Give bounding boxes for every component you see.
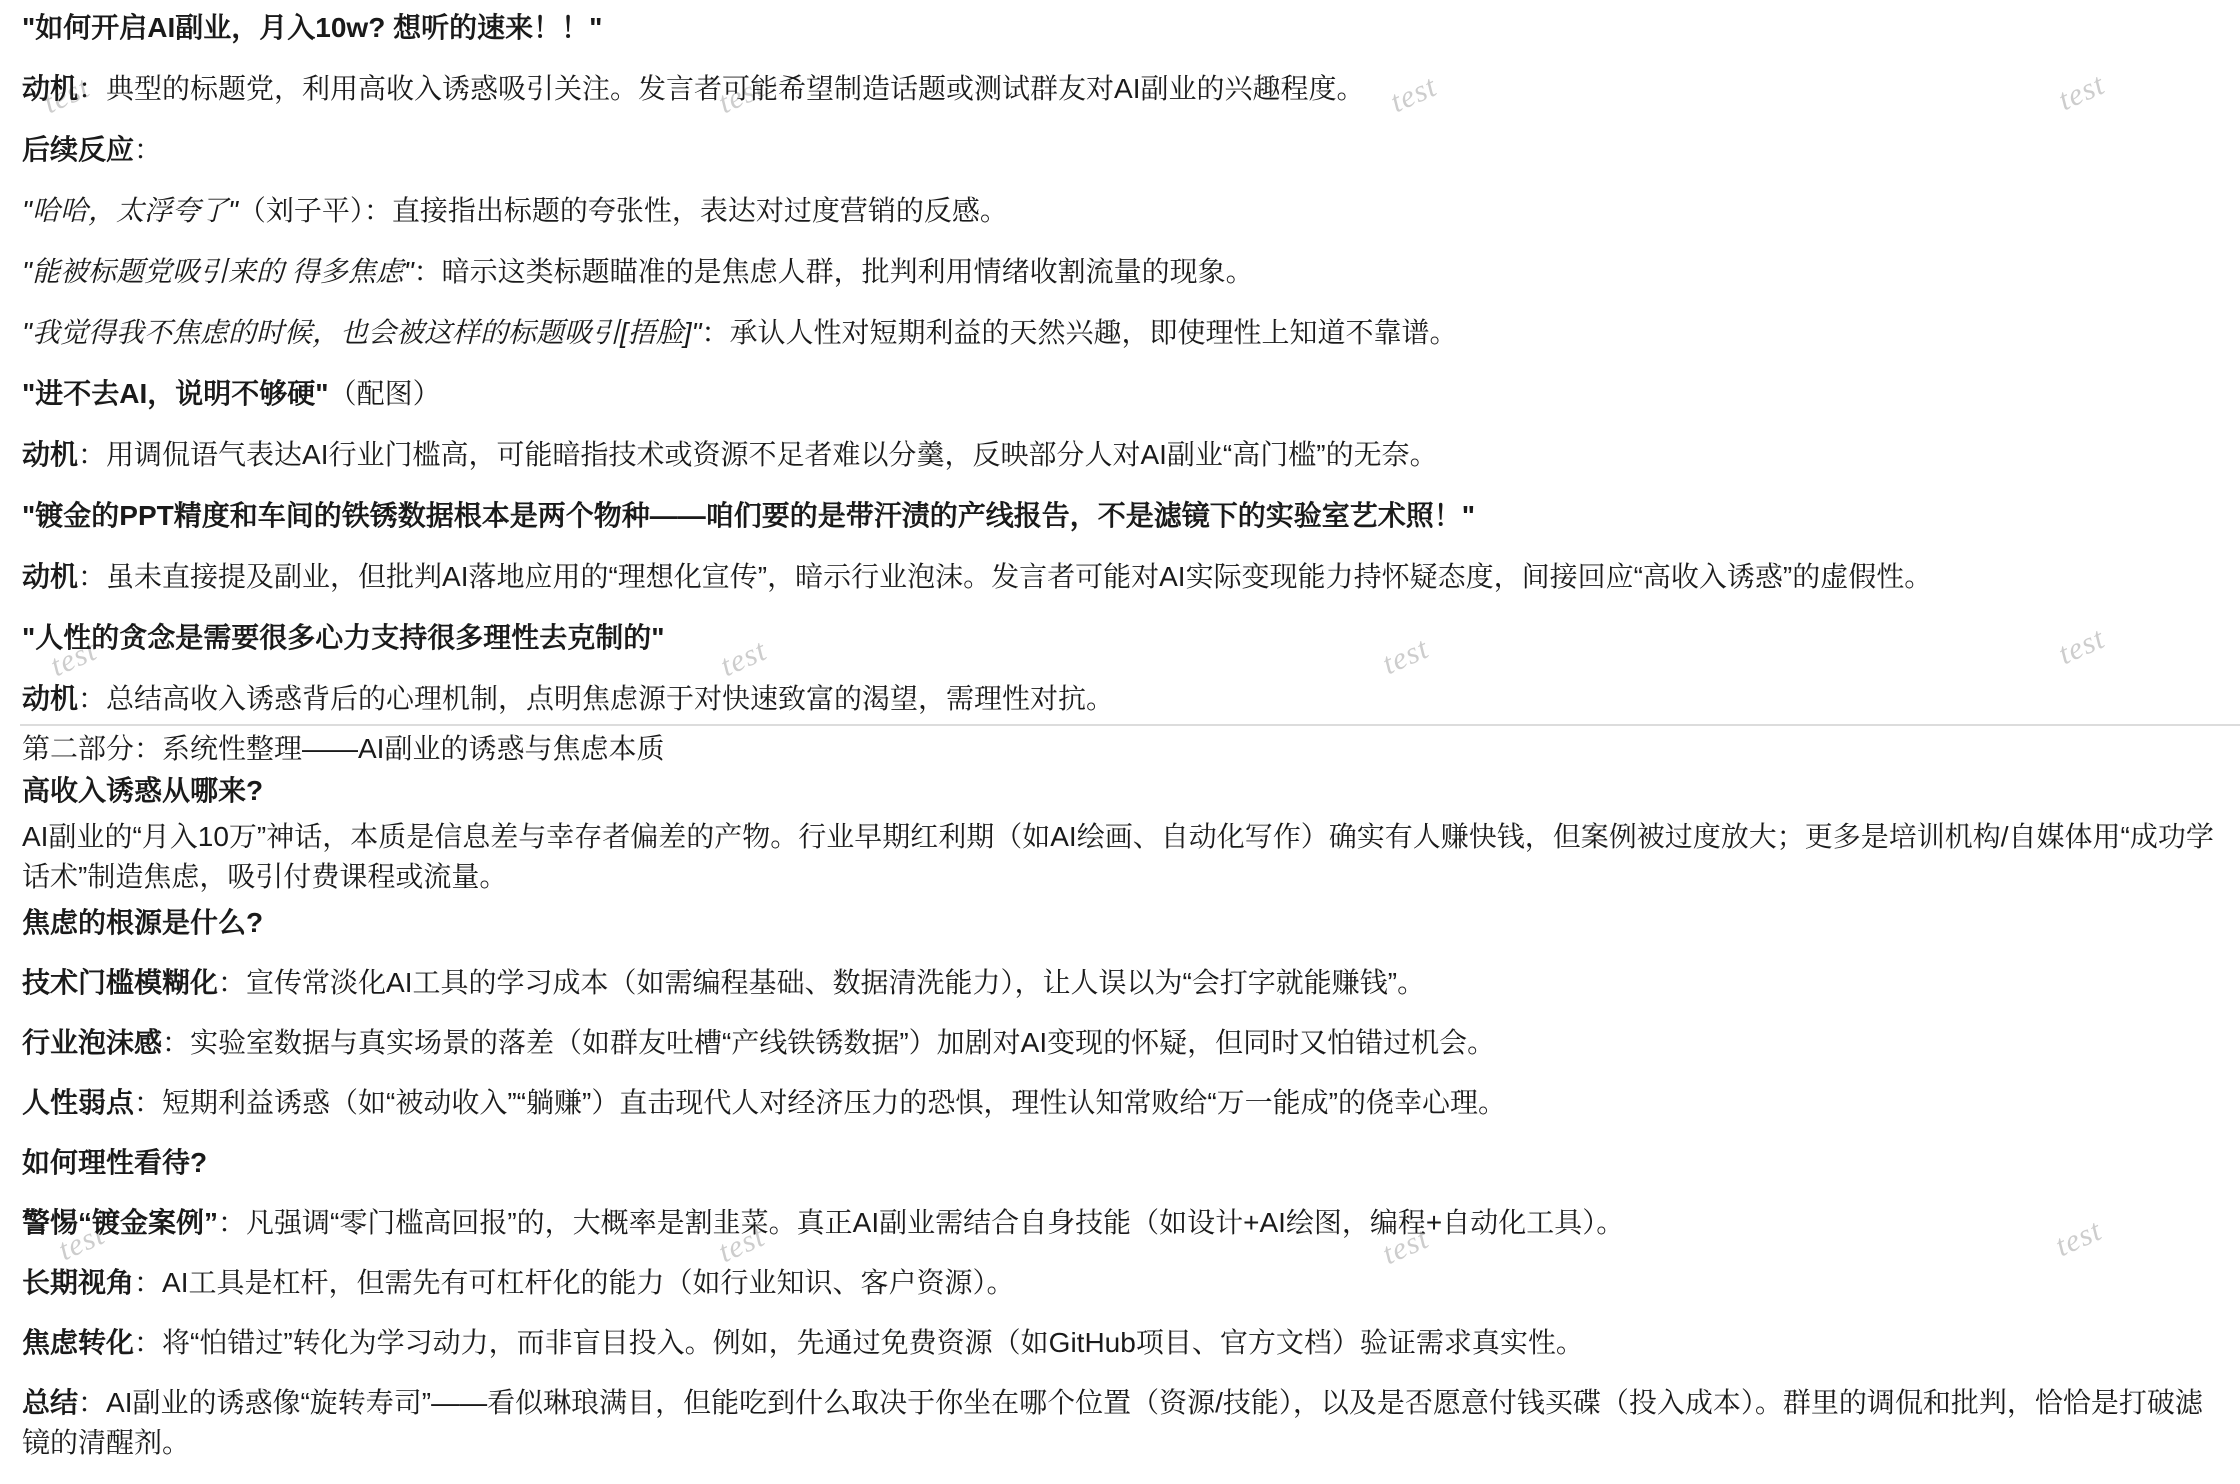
point-anxiety-transform: 焦虑转化：将“怕错过”转化为学习动力，而非盲目投入。例如，先通过免费资源（如Gi… (22, 1323, 2215, 1363)
body-text: （刘子平）：直接指出标题的夸张性，表达对过度营销的反感。 (238, 195, 1008, 226)
q-rational-view: 如何理性看待? (22, 1143, 2215, 1183)
body-text: ：虽未直接提及副业，但批判AI落地应用的“理想化宣传”，暗示行业泡沫。发言者可能… (78, 561, 1932, 592)
summary-label: 总结 (22, 1387, 78, 1418)
body-text: ：将“怕错过”转化为学习动力，而非盲目投入。例如，先通过免费资源（如GitHub… (134, 1327, 1584, 1358)
document-content: "如何开启AI副业，月入10w? 想听的速来！！" 动机：典型的标题党，利用高收… (0, 0, 2240, 1463)
colon: ： (134, 134, 162, 165)
section-heading: 第二部分：系统性整理——AI副业的诱惑与焦虑本质 (22, 729, 2215, 769)
quote-text: "如何开启AI副业，月入10w? 想听的速来！！" (22, 12, 602, 43)
motive-3: 动机：虽未直接提及副业，但批判AI落地应用的“理想化宣传”，暗示行业泡沫。发言者… (22, 557, 2215, 597)
reaction-quote-2: "能被标题党吸引来的 得多焦虑"：暗示这类标题瞄准的是焦虑人群，批判利用情绪收割… (22, 252, 2215, 292)
point-label: 技术门槛模糊化 (22, 967, 218, 998)
body-text: ：用调侃语气表达AI行业门槛高，可能暗指技术或资源不足者难以分羹，反映部分人对A… (78, 439, 1438, 470)
body-text: ：宣传常淡化AI工具的学习成本（如需编程基础、数据清洗能力），让人误以为“会打字… (218, 967, 1425, 998)
quote-text: "镀金的PPT精度和车间的铁锈数据根本是两个物种——咱们要的是带汗渍的产线报告，… (22, 500, 1475, 531)
point-label: 长期视角 (22, 1267, 134, 1298)
ppt-quote: "镀金的PPT精度和车间的铁锈数据根本是两个物种——咱们要的是带汗渍的产线报告，… (22, 496, 2215, 536)
subheading-text: 如何理性看待? (22, 1147, 207, 1178)
point-tech-threshold: 技术门槛模糊化：宣传常淡化AI工具的学习成本（如需编程基础、数据清洗能力），让人… (22, 963, 2215, 1003)
motive-4: 动机：总结高收入诱惑背后的心理机制，点明焦虑源于对快速致富的渴望，需理性对抗。 (22, 679, 2215, 719)
q-anxiety-root: 焦虑的根源是什么? (22, 903, 2215, 943)
body-text: ：暗示这类标题瞄准的是焦虑人群，批判利用情绪收割流量的现象。 (414, 256, 1254, 287)
quote-text: "能被标题党吸引来的 得多焦虑" (22, 256, 414, 287)
point-beware-gilded-cases: 警惕“镀金案例”：凡强调“零门槛高回报”的，大概率是割韭菜。真正AI副业需结合自… (22, 1203, 2215, 1243)
point-label: 行业泡沫感 (22, 1027, 162, 1058)
document-page: { "page": { "background": "#ffffff", "te… (0, 0, 2240, 1484)
body-text: ：承认人性对短期利益的天然兴趣，即使理性上知道不靠谱。 (701, 317, 1457, 348)
body-text: ：实验室数据与真实场景的落差（如群友吐槽“产线铁锈数据”）加剧对AI变现的怀疑，… (162, 1027, 1495, 1058)
q-income-source: 高收入诱惑从哪来? (22, 771, 2215, 811)
followup-label-text: 后续反应 (22, 134, 134, 165)
motive-2: 动机：用调侃语气表达AI行业门槛高，可能暗指技术或资源不足者难以分羹，反映部分人… (22, 435, 2215, 475)
motive-label: 动机 (22, 561, 78, 592)
point-label: 人性弱点 (22, 1087, 134, 1118)
summary: 总结：AI副业的诱惑像“旋转寿司”——看似琳琅满目，但能吃到什么取决于你坐在哪个… (22, 1383, 2215, 1463)
subheading-text: 焦虑的根源是什么? (22, 907, 263, 938)
quote-text: "人性的贪念是需要很多心力支持很多理性去克制的" (22, 622, 665, 653)
reaction-quote-3: "我觉得我不焦虑的时候，也会被这样的标题吸引[捂脸]"：承认人性对短期利益的天然… (22, 313, 2215, 353)
point-label: 焦虑转化 (22, 1327, 134, 1358)
income-myth-paragraph: AI副业的“月入10万”神话，本质是信息差与幸存者偏差的产物。行业早期红利期（如… (22, 817, 2215, 897)
body-text: ：短期利益诱惑（如“被动收入”“躺赚”）直击现代人对经济压力的恐惧，理性认知常败… (134, 1087, 1506, 1118)
quote-text: "我觉得我不焦虑的时候，也会被这样的标题吸引[捂脸]" (22, 317, 701, 348)
point-industry-bubble: 行业泡沫感：实验室数据与真实场景的落差（如群友吐槽“产线铁锈数据”）加剧对AI变… (22, 1023, 2215, 1063)
subheading-text: 高收入诱惑从哪来? (22, 775, 263, 806)
point-human-weakness: 人性弱点：短期利益诱惑（如“被动收入”“躺赚”）直击现代人对经济压力的恐惧，理性… (22, 1083, 2215, 1123)
followup-label: 后续反应： (22, 130, 2215, 170)
point-label: 警惕“镀金案例” (22, 1207, 218, 1238)
body-text: ：AI工具是杠杆，但需先有可杠杆化的能力（如行业知识、客户资源）。 (134, 1267, 1014, 1298)
reaction-quote-1: "哈哈，太浮夸了"（刘子平）：直接指出标题的夸张性，表达对过度营销的反感。 (22, 191, 2215, 231)
quote-text: "哈哈，太浮夸了" (22, 195, 238, 226)
post-title-quote: "如何开启AI副业，月入10w? 想听的速来！！" (22, 8, 2215, 48)
point-long-term-view: 长期视角：AI工具是杠杆，但需先有可杠杆化的能力（如行业知识、客户资源）。 (22, 1263, 2215, 1303)
body-text: ：典型的标题党，利用高收入诱惑吸引关注。发言者可能希望制造话题或测试群友对AI副… (78, 73, 1364, 104)
body-text: AI副业的“月入10万”神话，本质是信息差与幸存者偏差的产物。行业早期红利期（如… (22, 821, 2214, 892)
motive-label: 动机 (22, 439, 78, 470)
body-text: ：AI副业的诱惑像“旋转寿司”——看似琳琅满目，但能吃到什么取决于你坐在哪个位置… (22, 1387, 2203, 1458)
meme-quote: "进不去AI，说明不够硬"（配图） (22, 374, 2215, 414)
motive-1: 动机：典型的标题党，利用高收入诱惑吸引关注。发言者可能希望制造话题或测试群友对A… (22, 69, 2215, 109)
motive-label: 动机 (22, 73, 78, 104)
heading-text: 第二部分：系统性整理——AI副业的诱惑与焦虑本质 (22, 733, 664, 764)
quote-text: "进不去AI，说明不够硬" (22, 378, 329, 409)
body-text: ：凡强调“零门槛高回报”的，大概率是割韭菜。真正AI副业需结合自身技能（如设计+… (218, 1207, 1624, 1238)
body-text: （配图） (329, 378, 441, 409)
greed-quote: "人性的贪念是需要很多心力支持很多理性去克制的" (22, 618, 2215, 658)
section-divider (20, 724, 2240, 726)
body-text: ：总结高收入诱惑背后的心理机制，点明焦虑源于对快速致富的渴望，需理性对抗。 (78, 683, 1114, 714)
motive-label: 动机 (22, 683, 78, 714)
